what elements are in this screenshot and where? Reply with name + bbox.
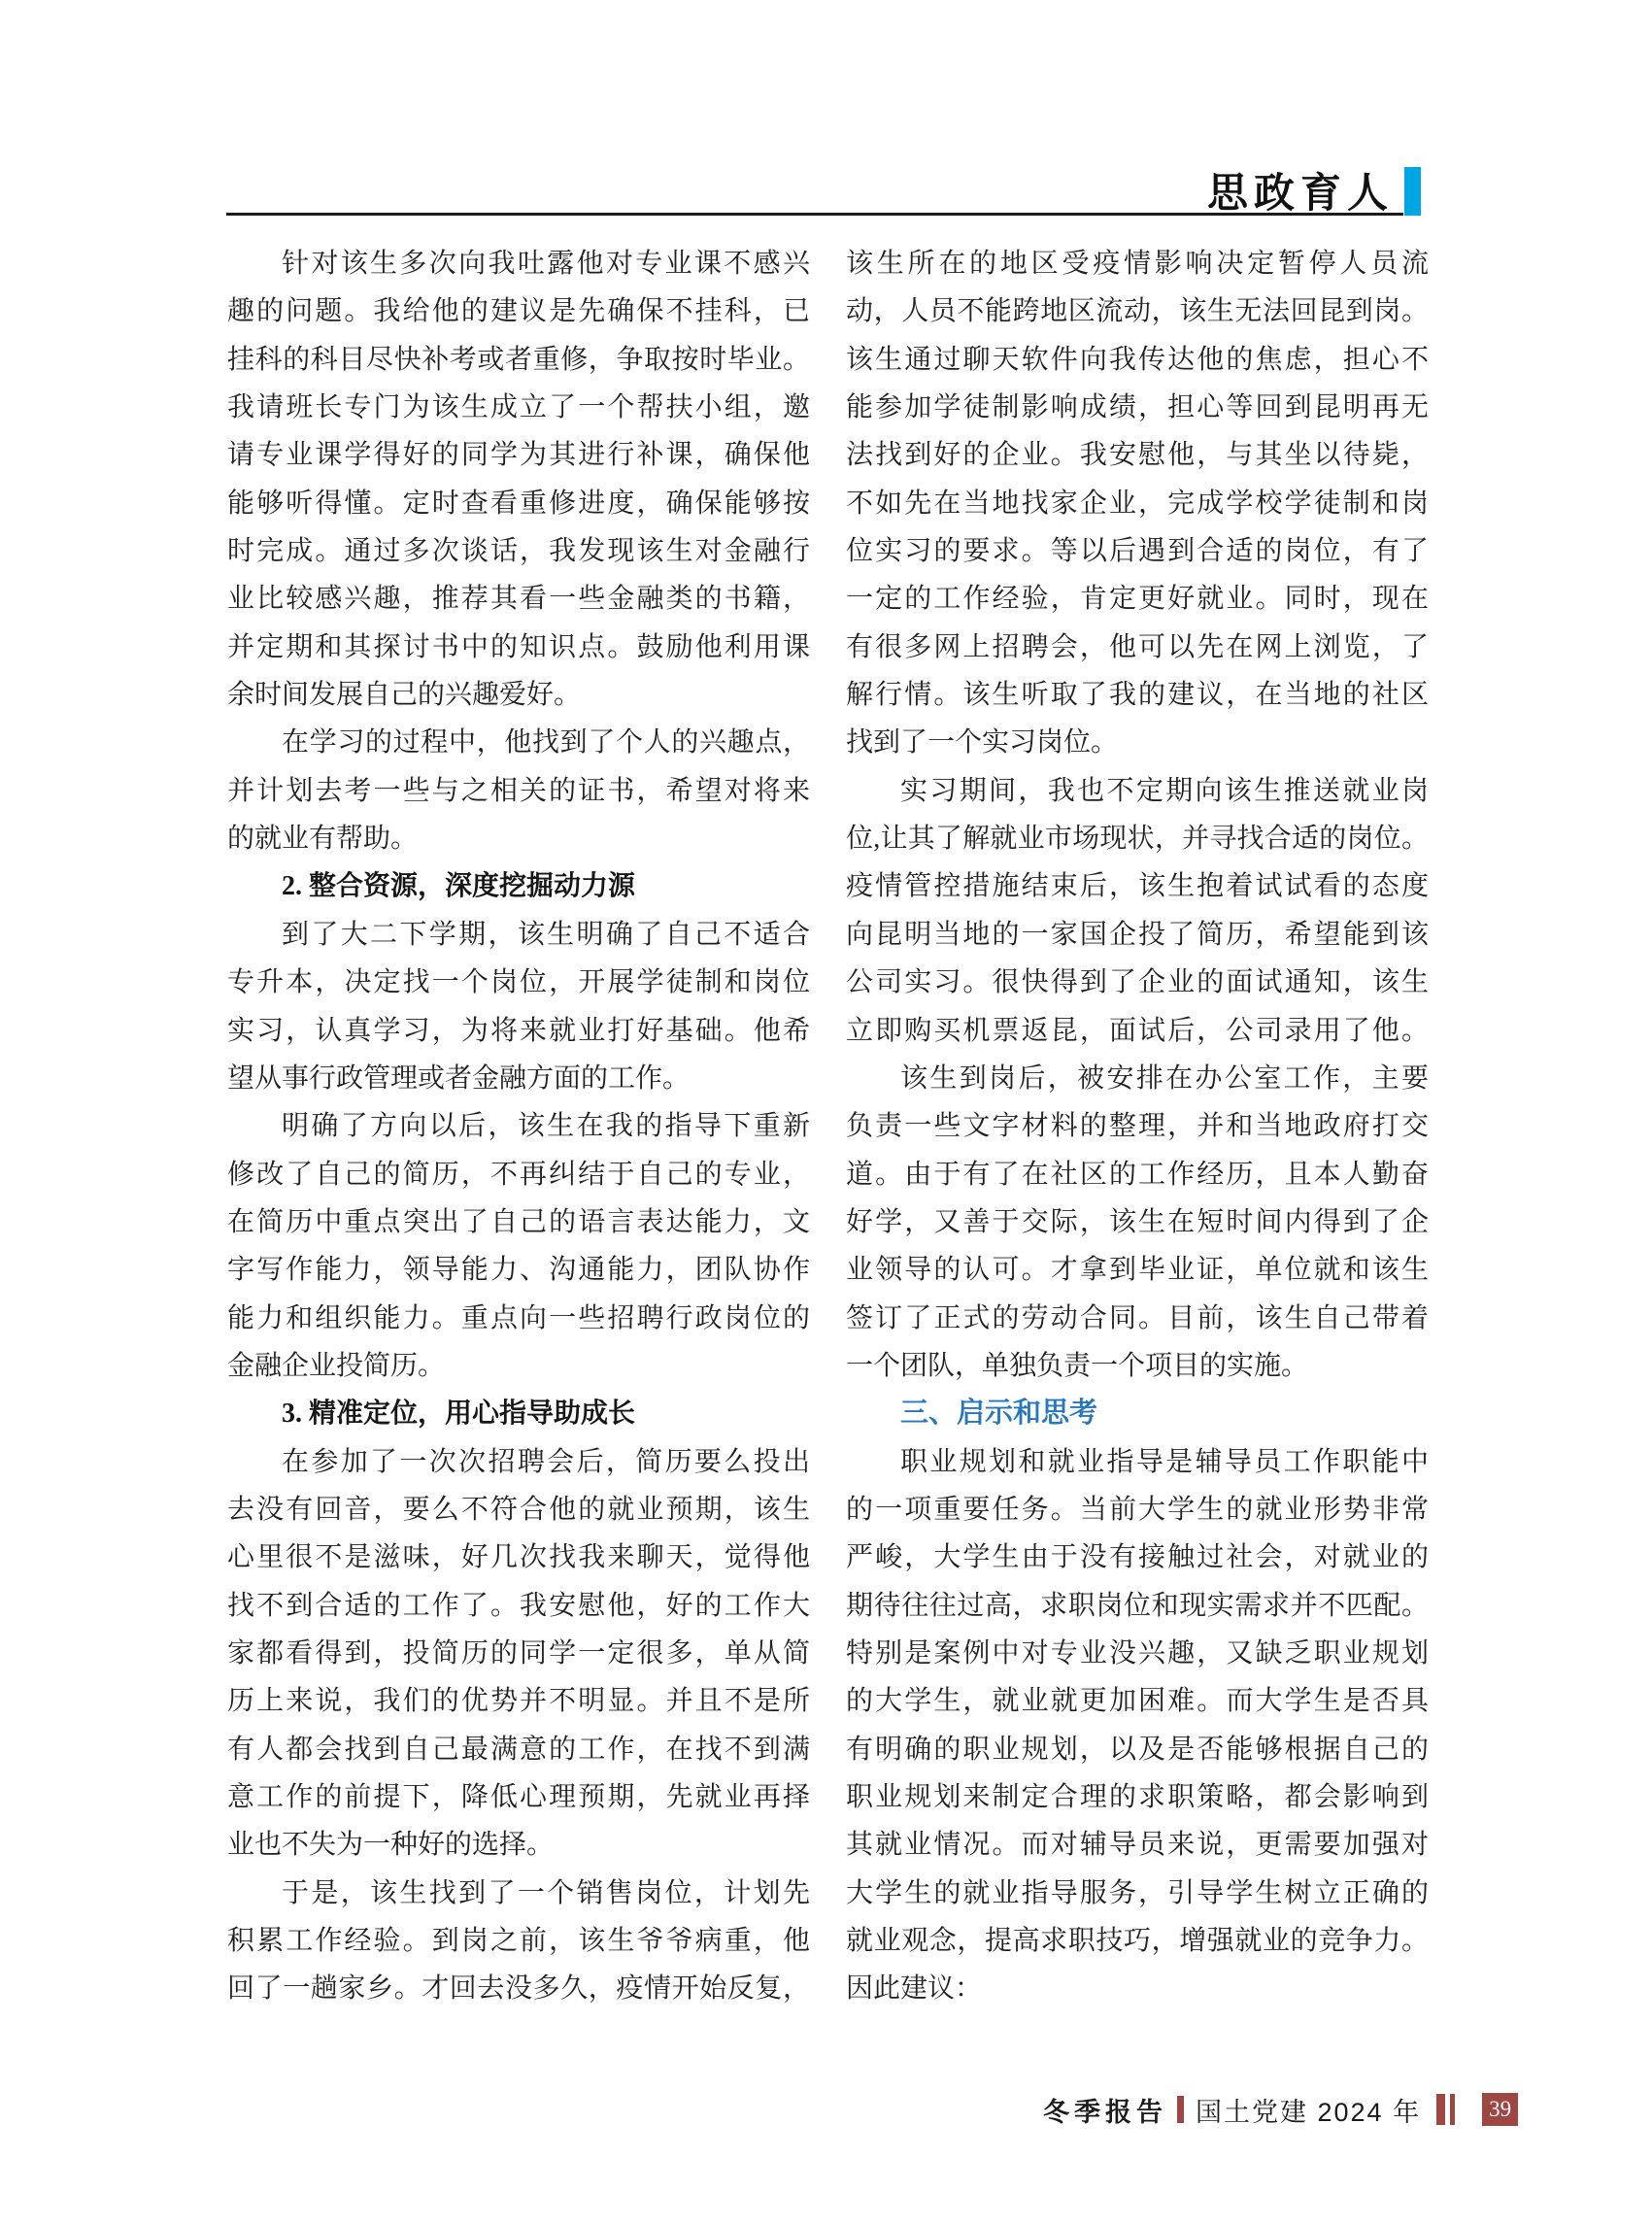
footer-double-bar-thin	[1450, 2094, 1455, 2125]
text-line: 在简历中重点突出了自己的语言表达能力，文	[227, 1198, 810, 1246]
text-line: 修改了自己的简历，不再纠结于自己的专业，	[227, 1151, 810, 1198]
text-line: 严峻，大学生由于没有接触过社会，对就业的	[846, 1534, 1429, 1581]
text-line: 的一项重要任务。当前大学生的就业形势非常	[846, 1486, 1429, 1534]
text-line: 专升本，决定找一个岗位，开展学徒制和岗位	[227, 959, 810, 1006]
text-line: 有明确的职业规划，以及是否能够根据自己的	[846, 1726, 1429, 1773]
page: 思政育人 针对该生多次向我吐露他对专业课不感兴趣的问题。我给他的建议是先确保不挂…	[0, 0, 1652, 2225]
text-line: 疫情管控措施结束后，该生抱着试试看的态度	[846, 862, 1429, 910]
page-number: 39	[1489, 2097, 1511, 2122]
text-line: 时完成。通过多次谈话，我发现该生对金融行	[227, 527, 810, 575]
text-line: 负责一些文字材料的整理，并和当地政府打交	[846, 1102, 1429, 1150]
text-line: 请专业课学得好的同学为其进行补课，确保他	[227, 431, 810, 479]
footer-journal-name: 国土党建 2024 年	[1196, 2091, 1421, 2129]
text-line: 不如先在当地找家企业，完成学校学徒制和岗	[846, 480, 1429, 527]
text-line: 望从事行政管理或者金融方面的工作。	[227, 1055, 810, 1102]
text-line: 解行情。该生听取了我的建议，在当地的社区	[846, 671, 1429, 719]
text-line: 金融企业投简历。	[227, 1342, 810, 1390]
text-line: 其就业情况。而对辅导员来说，更需要加强对	[846, 1821, 1429, 1869]
text-line: 积累工作经验。到岗之前，该生爷爷病重，他	[227, 1917, 810, 1965]
header-rule	[226, 213, 1403, 216]
text-line: 实习期间，我也不定期向该生推送就业岗	[846, 767, 1429, 815]
text-line: 该生所在的地区受疫情影响决定暂停人员流	[846, 240, 1429, 287]
footer-divider-bar	[1177, 2096, 1184, 2123]
text-line: 期待往往过高，求职岗位和现实需求并不匹配。	[846, 1582, 1429, 1630]
text-line: 字写作能力，领导能力、沟通能力，团队协作	[227, 1246, 810, 1294]
article-left-column: 针对该生多次向我吐露他对专业课不感兴趣的问题。我给他的建议是先确保不挂科，已挂科…	[227, 240, 810, 2013]
article-body: 针对该生多次向我吐露他对专业课不感兴趣的问题。我给他的建议是先确保不挂科，已挂科…	[227, 240, 1429, 2013]
text-line: 该生通过聊天软件向我传达他的焦虑，担心不	[846, 336, 1429, 384]
text-line: 意工作的前提下，降低心理预期，先就业再择	[227, 1773, 810, 1821]
text-line: 并定期和其探讨书中的知识点。鼓励他利用课	[227, 624, 810, 671]
article-right-column: 该生所在的地区受疫情影响决定暂停人员流动，人员不能跨地区流动，该生无法回昆到岗。…	[846, 240, 1429, 2013]
text-line: 法找到好的企业。我安慰他，与其坐以待毙，	[846, 431, 1429, 479]
text-line: 因此建议：	[846, 1965, 1429, 2012]
section-heading: 三、启示和思考	[846, 1390, 1429, 1437]
footer-report-name: 冬季报告	[1043, 2091, 1167, 2129]
text-line: 并计划去考一些与之相关的证书，希望对将来	[227, 767, 810, 815]
text-line: 公司实习。很快得到了企业的面试通知，该生	[846, 959, 1429, 1006]
text-line: 好学，又善于交际，该生在短时间内得到了企	[846, 1198, 1429, 1246]
text-line: 签订了正式的劳动合同。目前，该生自己带着	[846, 1295, 1429, 1342]
text-line: 立即购买机票返昆，面试后，公司录用了他。	[846, 1007, 1429, 1055]
text-line: 位,让其了解就业市场现状，并寻找合适的岗位。	[846, 815, 1429, 862]
text-line: 找到了一个实习岗位。	[846, 719, 1429, 766]
text-line: 明确了方向以后，该生在我的指导下重新	[227, 1102, 810, 1150]
text-line: 特别是案例中对专业没兴趣，又缺乏职业规划	[846, 1630, 1429, 1677]
text-line: 实习，认真学习，为将来就业打好基础。他希	[227, 1007, 810, 1055]
text-line: 于是，该生找到了一个销售岗位，计划先	[227, 1870, 810, 1917]
text-line: 家都看得到，投简历的同学一定很多，单从简	[227, 1630, 810, 1677]
text-line: 的就业有帮助。	[227, 815, 810, 862]
text-line: 向昆明当地的一家国企投了简历，希望能到该	[846, 911, 1429, 959]
text-line: 一定的工作经验，肯定更好就业。同时，现在	[846, 575, 1429, 623]
text-line: 有人都会找到自己最满意的工作，在找不到满	[227, 1726, 810, 1773]
text-line: 在参加了一次次招聘会后，简历要么投出	[227, 1438, 810, 1486]
footer: 冬季报告 国土党建 2024 年 39	[1043, 2090, 1518, 2129]
text-line: 去没有回音，要么不符合他的就业预期，该生	[227, 1486, 810, 1534]
text-line: 业也不失为一种好的选择。	[227, 1821, 810, 1869]
page-title: 思政育人	[1207, 161, 1394, 219]
text-line: 一个团队，单独负责一个项目的实施。	[846, 1342, 1429, 1390]
text-line: 在学习的过程中，他找到了个人的兴趣点，	[227, 719, 810, 766]
section-heading: 3. 精准定位，用心指导助成长	[227, 1390, 810, 1437]
text-line: 道。由于有了在社区的工作经历，且本人勤奋	[846, 1151, 1429, 1198]
header-accent-block	[1404, 167, 1421, 216]
text-line: 针对该生多次向我吐露他对专业课不感兴	[227, 240, 810, 287]
text-line: 动，人员不能跨地区流动，该生无法回昆到岗。	[846, 287, 1429, 335]
text-line: 挂科的科目尽快补考或者重修，争取按时毕业。	[227, 336, 810, 384]
text-line: 的大学生，就业就更加困难。而大学生是否具	[846, 1677, 1429, 1725]
text-line: 能够听得懂。定时查看重修进度，确保能够按	[227, 480, 810, 527]
text-line: 找不到合适的工作了。我安慰他，好的工作大	[227, 1582, 810, 1630]
text-line: 业比较感兴趣，推荐其看一些金融类的书籍，	[227, 575, 810, 623]
text-line: 就业观念，提高求职技巧，增强就业的竞争力。	[846, 1917, 1429, 1965]
text-line: 职业规划和就业指导是辅导员工作职能中	[846, 1438, 1429, 1486]
text-line: 大学生的就业指导服务，引导学生树立正确的	[846, 1870, 1429, 1917]
text-line: 能参加学徒制影响成绩，担心等回到昆明再无	[846, 384, 1429, 431]
text-line: 该生到岗后，被安排在办公室工作，主要	[846, 1055, 1429, 1102]
text-line: 历上来说，我们的优势并不明显。并且不是所	[227, 1677, 810, 1725]
text-line: 到了大二下学期，该生明确了自己不适合	[227, 911, 810, 959]
text-line: 余时间发展自己的兴趣爱好。	[227, 671, 810, 719]
text-line: 有很多网上招聘会，他可以先在网上浏览，了	[846, 624, 1429, 671]
text-line: 心里很不是滋味，好几次找我来聊天，觉得他	[227, 1534, 810, 1581]
section-heading: 2. 整合资源，深度挖掘动力源	[227, 862, 810, 910]
text-line: 回了一趟家乡。才回去没多久，疫情开始反复，	[227, 1965, 810, 2012]
text-line: 职业规划来制定合理的求职策略，都会影响到	[846, 1773, 1429, 1821]
text-line: 能力和组织能力。重点向一些招聘行政岗位的	[227, 1295, 810, 1342]
text-line: 趣的问题。我给他的建议是先确保不挂科，已	[227, 287, 810, 335]
footer-double-bar-thick	[1436, 2094, 1445, 2125]
page-number-box: 39	[1482, 2093, 1518, 2126]
text-line: 位实习的要求。等以后遇到合适的岗位，有了	[846, 527, 1429, 575]
text-line: 业领导的认可。才拿到毕业证，单位就和该生	[846, 1246, 1429, 1294]
text-line: 我请班长专门为该生成立了一个帮扶小组，邀	[227, 384, 810, 431]
